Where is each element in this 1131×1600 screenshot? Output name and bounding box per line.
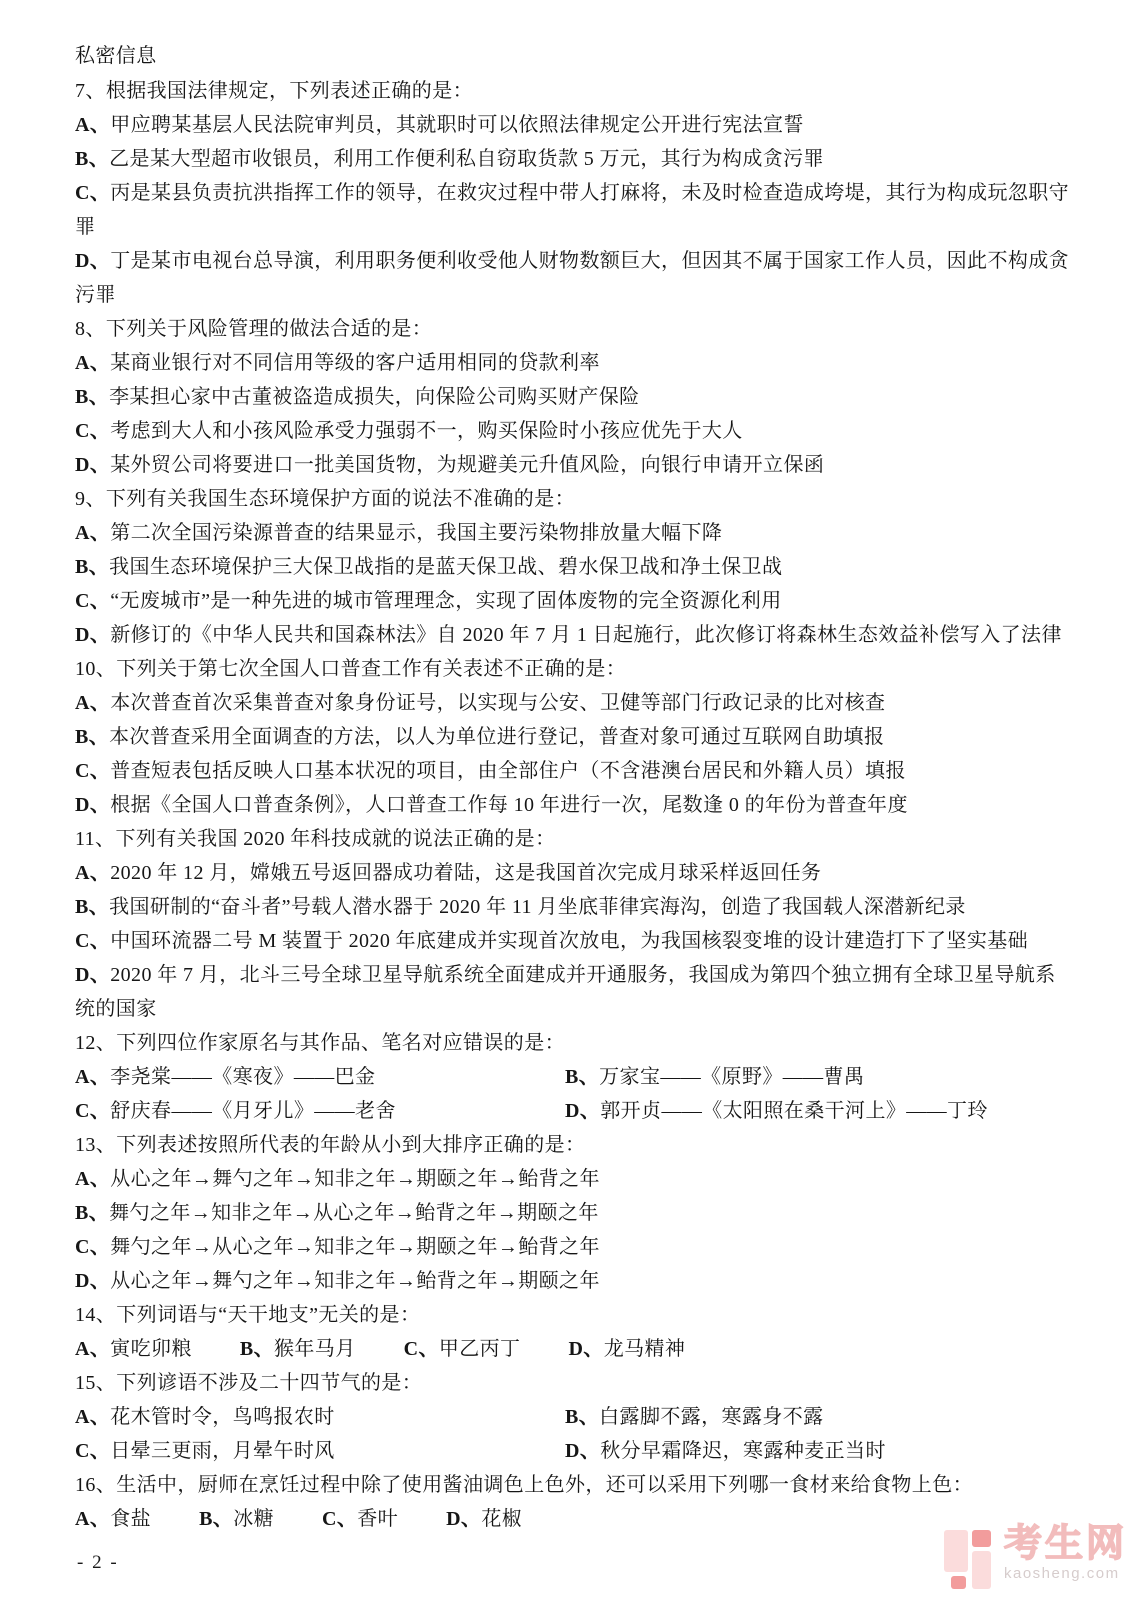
option-text: 花木管时令，鸟鸣报农时 bbox=[110, 1406, 334, 1428]
option-B: B、李某担心家中古董被盗造成损失，向保险公司购买财产保险 bbox=[75, 386, 640, 408]
option-text: 某商业银行对不同信用等级的客户适用相同的贷款利率 bbox=[110, 352, 600, 374]
questions-container: 7、根据我国法律规定，下列表述正确的是：A、甲应聘某基层人民法院审判员，其就职时… bbox=[75, 74, 1075, 1536]
option-label: A、 bbox=[75, 1338, 110, 1360]
option-text: 日晕三更雨，月晕午时风 bbox=[110, 1440, 334, 1462]
option-text: 乙是某大型超市收银员，利用工作便利私自窃取货款 5 万元，其行为构成贪污罪 bbox=[109, 148, 824, 170]
option-text: 郭开贞——《太阳照在桑干河上》——丁玲 bbox=[600, 1100, 988, 1122]
logo-block-light-right bbox=[972, 1551, 991, 1589]
option-label: C、 bbox=[322, 1508, 357, 1530]
confidential-label: 私密信息 bbox=[75, 38, 1075, 74]
exam-page: 私密信息 7、根据我国法律规定，下列表述正确的是：A、甲应聘某基层人民法院审判员… bbox=[0, 0, 1131, 1600]
question-stem-text: 下列词语与“天干地支”无关的是： bbox=[116, 1304, 420, 1326]
option-B: B、白露脚不露，寒露身不露 bbox=[565, 1400, 824, 1434]
option-line: D、2020 年 7 月，北斗三号全球卫星导航系统全面建成并开通服务，我国成为第… bbox=[75, 958, 1075, 1026]
option-A: A、从心之年→舞勺之年→知非之年→期颐之年→鲐背之年 bbox=[75, 1168, 600, 1190]
option-text: 舞勺之年→知非之年→从心之年→鲐背之年→期颐之年 bbox=[109, 1202, 599, 1224]
question-stem-text: 下列表述按照所代表的年龄从小到大排序正确的是： bbox=[116, 1134, 585, 1156]
option-text: 新修订的《中华人民共和国森林法》自 2020 年 7 月 1 日起施行，此次修订… bbox=[110, 624, 1062, 646]
question-stem: 14、下列词语与“天干地支”无关的是： bbox=[75, 1298, 1075, 1332]
option-B: B、猴年马月 bbox=[240, 1338, 356, 1360]
option-line: B、我国研制的“奋斗者”号载人潜水器于 2020 年 11 月坐底菲律宾海沟，创… bbox=[75, 890, 1075, 924]
option-label: C、 bbox=[75, 1236, 110, 1258]
question-number: 8、 bbox=[75, 318, 106, 340]
option-label: B、 bbox=[75, 1202, 109, 1224]
option-D: D、龙马精神 bbox=[568, 1338, 685, 1360]
option-text: 中国环流器二号 M 装置于 2020 年底建成并实现首次放电，为我国核裂变堆的设… bbox=[110, 930, 1028, 952]
option-line: B、我国生态环境保护三大保卫战指的是蓝天保卫战、碧水保卫战和净土保卫战 bbox=[75, 550, 1075, 584]
option-text: 丁是某市电视台总导演，利用职务便利收受他人财物数额巨大，但因其不属于国家工作人员… bbox=[75, 250, 1069, 306]
option-label: D、 bbox=[565, 1100, 600, 1122]
option-text: 秋分早霜降迟，寒露种麦正当时 bbox=[600, 1440, 886, 1462]
option-label: D、 bbox=[75, 964, 110, 986]
option-B: B、乙是某大型超市收银员，利用工作便利私自窃取货款 5 万元，其行为构成贪污罪 bbox=[75, 148, 824, 170]
option-D: D、郭开贞——《太阳照在桑干河上》——丁玲 bbox=[565, 1094, 988, 1128]
option-text: 普查短表包括反映人口基本状况的项目，由全部住户（不含港澳台居民和外籍人员）填报 bbox=[110, 760, 906, 782]
option-B: B、我国研制的“奋斗者”号载人潜水器于 2020 年 11 月坐底菲律宾海沟，创… bbox=[75, 896, 966, 918]
option-line: D、根据《全国人口普查条例》，人口普查工作每 10 年进行一次，尾数逢 0 的年… bbox=[75, 788, 1075, 822]
option-line: A、某商业银行对不同信用等级的客户适用相同的贷款利率 bbox=[75, 346, 1075, 380]
option-D: D、某外贸公司将要进口一批美国货物，为规避美元升值风险，向银行申请开立保函 bbox=[75, 454, 824, 476]
option-text: 万家宝——《原野》——曹禺 bbox=[599, 1066, 864, 1088]
option-line: D、从心之年→舞勺之年→知非之年→鲐背之年→期颐之年 bbox=[75, 1264, 1075, 1298]
option-text: 某外贸公司将要进口一批美国货物，为规避美元升值风险，向银行申请开立保函 bbox=[110, 454, 824, 476]
option-text: 李某担心家中古董被盗造成损失，向保险公司购买财产保险 bbox=[109, 386, 639, 408]
question-10: 10、下列关于第七次全国人口普查工作有关表述不正确的是：A、本次普查首次采集普查… bbox=[75, 652, 1075, 822]
option-label: A、 bbox=[75, 692, 110, 714]
option-line: A、甲应聘某基层人民法院审判员，其就职时可以依照法律规定公开进行宪法宣誓 bbox=[75, 108, 1075, 142]
option-D: D、新修订的《中华人民共和国森林法》自 2020 年 7 月 1 日起施行，此次… bbox=[75, 624, 1062, 646]
option-text: 2020 年 7 月，北斗三号全球卫星导航系统全面建成并开通服务，我国成为第四个… bbox=[75, 964, 1056, 1020]
brand-name: 考生网 bbox=[1004, 1524, 1127, 1564]
option-pair-row: C、日晕三更雨，月晕午时风D、秋分早霜降迟，寒露种麦正当时 bbox=[75, 1434, 1075, 1468]
question-16: 16、生活中，厨师在烹饪过程中除了使用酱油调色上色外，还可以采用下列哪一食材来给… bbox=[75, 1468, 1075, 1536]
option-row: A、寅吃卯粮B、猴年马月C、甲乙丙丁D、龙马精神 bbox=[75, 1332, 1075, 1366]
option-label: D、 bbox=[75, 1270, 110, 1292]
option-C: C、香叶 bbox=[322, 1508, 398, 1530]
option-text: 龙马精神 bbox=[604, 1338, 686, 1360]
question-number: 13、 bbox=[75, 1134, 116, 1156]
option-C: C、“无废城市”是一种先进的城市管理理念，实现了固体废物的完全资源化利用 bbox=[75, 590, 782, 612]
question-stem-text: 下列有关我国生态环境保护方面的说法不准确的是： bbox=[106, 488, 575, 510]
option-C: C、考虑到大人和小孩风险承受力强弱不一，购买保险时小孩应优先于大人 bbox=[75, 420, 743, 442]
question-12: 12、下列四位作家原名与其作品、笔名对应错误的是：A、李尧棠——《寒夜》——巴金… bbox=[75, 1026, 1075, 1128]
option-text: 我国生态环境保护三大保卫战指的是蓝天保卫战、碧水保卫战和净土保卫战 bbox=[109, 556, 782, 578]
option-line: B、舞勺之年→知非之年→从心之年→鲐背之年→期颐之年 bbox=[75, 1196, 1075, 1230]
option-text: 我国研制的“奋斗者”号载人潜水器于 2020 年 11 月坐底菲律宾海沟，创造了… bbox=[109, 896, 966, 918]
option-line: B、本次普查采用全面调查的方法，以人为单位进行登记，普查对象可通过互联网自助填报 bbox=[75, 720, 1075, 754]
question-stem-text: 生活中，厨师在烹饪过程中除了使用酱油调色上色外，还可以采用下列哪一食材来给食物上… bbox=[116, 1474, 973, 1496]
option-A: A、第二次全国污染源普查的结果显示，我国主要污染物排放量大幅下降 bbox=[75, 522, 722, 544]
option-label: B、 bbox=[565, 1066, 599, 1088]
option-line: B、李某担心家中古董被盗造成损失，向保险公司购买财产保险 bbox=[75, 380, 1075, 414]
question-11: 11、下列有关我国 2020 年科技成就的说法正确的是：A、2020 年 12 … bbox=[75, 822, 1075, 1026]
option-label: C、 bbox=[75, 182, 110, 204]
option-label: A、 bbox=[75, 1406, 110, 1428]
brand-domain: kaosheng.com bbox=[1004, 1564, 1127, 1584]
kaosheng-logo-icon bbox=[942, 1524, 1000, 1590]
option-B: B、万家宝——《原野》——曹禺 bbox=[565, 1060, 864, 1094]
option-line: B、乙是某大型超市收银员，利用工作便利私自窃取货款 5 万元，其行为构成贪污罪 bbox=[75, 142, 1075, 176]
question-stem-text: 根据我国法律规定，下列表述正确的是： bbox=[106, 80, 473, 102]
option-text: 本次普查采用全面调查的方法，以人为单位进行登记，普查对象可通过互联网自助填报 bbox=[109, 726, 884, 748]
option-label: A、 bbox=[75, 862, 110, 884]
question-7: 7、根据我国法律规定，下列表述正确的是：A、甲应聘某基层人民法院审判员，其就职时… bbox=[75, 74, 1075, 312]
option-label: A、 bbox=[75, 114, 110, 136]
option-text: 从心之年→舞勺之年→知非之年→期颐之年→鲐背之年 bbox=[110, 1168, 600, 1190]
option-pair-row: A、李尧棠——《寒夜》——巴金B、万家宝——《原野》——曹禺 bbox=[75, 1060, 1075, 1094]
option-C: C、舞勺之年→从心之年→知非之年→期颐之年→鲐背之年 bbox=[75, 1236, 600, 1258]
option-label: B、 bbox=[75, 148, 109, 170]
question-number: 11、 bbox=[75, 828, 115, 850]
option-label: D、 bbox=[565, 1440, 600, 1462]
option-label: C、 bbox=[75, 1100, 110, 1122]
option-text: 寅吃卯粮 bbox=[110, 1338, 192, 1360]
option-label: B、 bbox=[75, 726, 109, 748]
option-A: A、2020 年 12 月，嫦娥五号返回器成功着陆，这是我国首次完成月球采样返回… bbox=[75, 862, 821, 884]
option-D: D、根据《全国人口普查条例》，人口普查工作每 10 年进行一次，尾数逢 0 的年… bbox=[75, 794, 908, 816]
option-C: C、普查短表包括反映人口基本状况的项目，由全部住户（不含港澳台居民和外籍人员）填… bbox=[75, 760, 906, 782]
logo-block-light-tall bbox=[944, 1530, 968, 1572]
option-label: D、 bbox=[75, 454, 110, 476]
option-label: B、 bbox=[75, 556, 109, 578]
option-D: D、从心之年→舞勺之年→知非之年→鲐背之年→期颐之年 bbox=[75, 1270, 600, 1292]
option-label: C、 bbox=[75, 590, 110, 612]
question-15: 15、下列谚语不涉及二十四节气的是：A、花木管时令，鸟鸣报农时B、白露脚不露，寒… bbox=[75, 1366, 1075, 1468]
option-D: D、秋分早霜降迟，寒露种麦正当时 bbox=[565, 1434, 886, 1468]
option-text: 食盐 bbox=[110, 1508, 151, 1530]
option-line: A、2020 年 12 月，嫦娥五号返回器成功着陆，这是我国首次完成月球采样返回… bbox=[75, 856, 1075, 890]
option-text: 舞勺之年→从心之年→知非之年→期颐之年→鲐背之年 bbox=[110, 1236, 600, 1258]
option-pair-row: C、舒庆春——《月牙儿》——老舍D、郭开贞——《太阳照在桑干河上》——丁玲 bbox=[75, 1094, 1075, 1128]
option-D: D、花椒 bbox=[446, 1508, 522, 1530]
option-label: A、 bbox=[75, 352, 110, 374]
option-text: 2020 年 12 月，嫦娥五号返回器成功着陆，这是我国首次完成月球采样返回任务 bbox=[110, 862, 821, 884]
logo-block-dark-bottom bbox=[951, 1576, 966, 1589]
question-number: 15、 bbox=[75, 1372, 116, 1394]
option-text: 冰糖 bbox=[233, 1508, 274, 1530]
option-text: 李尧棠——《寒夜》——巴金 bbox=[110, 1066, 375, 1088]
option-D: D、2020 年 7 月，北斗三号全球卫星导航系统全面建成并开通服务，我国成为第… bbox=[75, 964, 1056, 1020]
option-label: A、 bbox=[75, 1066, 110, 1088]
question-stem: 8、下列关于风险管理的做法合适的是： bbox=[75, 312, 1075, 346]
question-stem-text: 下列有关我国 2020 年科技成就的说法正确的是： bbox=[115, 828, 555, 850]
option-text: 香叶 bbox=[357, 1508, 398, 1530]
option-line: D、丁是某市电视台总导演，利用职务便利收受他人财物数额巨大，但因其不属于国家工作… bbox=[75, 244, 1075, 312]
question-stem: 16、生活中，厨师在烹饪过程中除了使用酱油调色上色外，还可以采用下列哪一食材来给… bbox=[75, 1468, 1075, 1502]
question-stem-text: 下列四位作家原名与其作品、笔名对应错误的是： bbox=[116, 1032, 565, 1054]
option-text: 舒庆春——《月牙儿》——老舍 bbox=[110, 1100, 396, 1122]
option-label: D、 bbox=[446, 1508, 481, 1530]
option-label: D、 bbox=[75, 250, 110, 272]
option-label: B、 bbox=[75, 386, 109, 408]
kaosheng-watermark: 考生网 kaosheng.com bbox=[942, 1524, 1127, 1590]
question-stem: 10、下列关于第七次全国人口普查工作有关表述不正确的是： bbox=[75, 652, 1075, 686]
option-line: D、新修订的《中华人民共和国森林法》自 2020 年 7 月 1 日起施行，此次… bbox=[75, 618, 1075, 652]
exam-content: 私密信息 7、根据我国法律规定，下列表述正确的是：A、甲应聘某基层人民法院审判员… bbox=[75, 38, 1075, 1536]
option-text: 猴年马月 bbox=[274, 1338, 356, 1360]
option-label: D、 bbox=[75, 624, 110, 646]
question-stem: 13、下列表述按照所代表的年龄从小到大排序正确的是： bbox=[75, 1128, 1075, 1162]
option-B: B、舞勺之年→知非之年→从心之年→鲐背之年→期颐之年 bbox=[75, 1202, 599, 1224]
option-text: 从心之年→舞勺之年→知非之年→鲐背之年→期颐之年 bbox=[110, 1270, 600, 1292]
question-stem: 9、下列有关我国生态环境保护方面的说法不准确的是： bbox=[75, 482, 1075, 516]
option-text: 白露脚不露，寒露身不露 bbox=[599, 1406, 823, 1428]
option-text: 本次普查首次采集普查对象身份证号，以实现与公安、卫健等部门行政记录的比对核查 bbox=[110, 692, 885, 714]
question-number: 14、 bbox=[75, 1304, 116, 1326]
option-label: B、 bbox=[565, 1406, 599, 1428]
option-C: C、日晕三更雨，月晕午时风 bbox=[75, 1434, 565, 1468]
option-label: C、 bbox=[75, 930, 110, 952]
option-D: D、丁是某市电视台总导演，利用职务便利收受他人财物数额巨大，但因其不属于国家工作… bbox=[75, 250, 1069, 306]
option-A: A、甲应聘某基层人民法院审判员，其就职时可以依照法律规定公开进行宪法宣誓 bbox=[75, 114, 804, 136]
question-13: 13、下列表述按照所代表的年龄从小到大排序正确的是：A、从心之年→舞勺之年→知非… bbox=[75, 1128, 1075, 1298]
option-line: A、第二次全国污染源普查的结果显示，我国主要污染物排放量大幅下降 bbox=[75, 516, 1075, 550]
option-text: 甲应聘某基层人民法院审判员，其就职时可以依照法律规定公开进行宪法宣誓 bbox=[110, 114, 804, 136]
question-number: 10、 bbox=[75, 658, 116, 680]
option-label: B、 bbox=[199, 1508, 233, 1530]
question-stem-text: 下列关于第七次全国人口普查工作有关表述不正确的是： bbox=[116, 658, 626, 680]
question-number: 12、 bbox=[75, 1032, 116, 1054]
option-label: C、 bbox=[75, 1440, 110, 1462]
option-label: A、 bbox=[75, 1508, 110, 1530]
option-pair-row: A、花木管时令，鸟鸣报农时B、白露脚不露，寒露身不露 bbox=[75, 1400, 1075, 1434]
option-line: C、“无废城市”是一种先进的城市管理理念，实现了固体废物的完全资源化利用 bbox=[75, 584, 1075, 618]
option-A: A、李尧棠——《寒夜》——巴金 bbox=[75, 1060, 565, 1094]
question-stem-text: 下列谚语不涉及二十四节气的是： bbox=[116, 1372, 422, 1394]
question-stem-text: 下列关于风险管理的做法合适的是： bbox=[106, 318, 432, 340]
option-text: 根据《全国人口普查条例》，人口普查工作每 10 年进行一次，尾数逢 0 的年份为… bbox=[110, 794, 908, 816]
option-C: C、舒庆春——《月牙儿》——老舍 bbox=[75, 1094, 565, 1128]
question-stem: 12、下列四位作家原名与其作品、笔名对应错误的是： bbox=[75, 1026, 1075, 1060]
page-number: - 2 - bbox=[77, 1552, 119, 1574]
option-A: A、食盐 bbox=[75, 1508, 151, 1530]
option-label: C、 bbox=[75, 420, 110, 442]
option-B: B、我国生态环境保护三大保卫战指的是蓝天保卫战、碧水保卫战和净土保卫战 bbox=[75, 556, 782, 578]
question-number: 16、 bbox=[75, 1474, 116, 1496]
option-A: A、花木管时令，鸟鸣报农时 bbox=[75, 1400, 565, 1434]
question-number: 9、 bbox=[75, 488, 106, 510]
option-A: A、寅吃卯粮 bbox=[75, 1338, 192, 1360]
logo-block-dark-top bbox=[972, 1530, 991, 1547]
option-text: 甲乙丙丁 bbox=[439, 1338, 521, 1360]
question-number: 7、 bbox=[75, 80, 106, 102]
option-label: A、 bbox=[75, 1168, 110, 1190]
question-stem: 15、下列谚语不涉及二十四节气的是： bbox=[75, 1366, 1075, 1400]
option-B: B、冰糖 bbox=[199, 1508, 274, 1530]
option-line: D、某外贸公司将要进口一批美国货物，为规避美元升值风险，向银行申请开立保函 bbox=[75, 448, 1075, 482]
option-C: C、甲乙丙丁 bbox=[404, 1338, 521, 1360]
option-row: A、食盐B、冰糖C、香叶D、花椒 bbox=[75, 1502, 1075, 1536]
option-line: A、本次普查首次采集普查对象身份证号，以实现与公安、卫健等部门行政记录的比对核查 bbox=[75, 686, 1075, 720]
option-line: C、普查短表包括反映人口基本状况的项目，由全部住户（不含港澳台居民和外籍人员）填… bbox=[75, 754, 1075, 788]
option-text: 考虑到大人和小孩风险承受力强弱不一，购买保险时小孩应优先于大人 bbox=[110, 420, 742, 442]
question-stem: 7、根据我国法律规定，下列表述正确的是： bbox=[75, 74, 1075, 108]
option-C: C、丙是某县负责抗洪指挥工作的领导，在救灾过程中带人打麻将，未及时检查造成垮堤，… bbox=[75, 182, 1069, 238]
option-B: B、本次普查采用全面调查的方法，以人为单位进行登记，普查对象可通过互联网自助填报 bbox=[75, 726, 884, 748]
option-A: A、某商业银行对不同信用等级的客户适用相同的贷款利率 bbox=[75, 352, 600, 374]
option-label: C、 bbox=[404, 1338, 439, 1360]
option-label: D、 bbox=[75, 794, 110, 816]
option-label: B、 bbox=[75, 896, 109, 918]
option-text: “无废城市”是一种先进的城市管理理念，实现了固体废物的完全资源化利用 bbox=[110, 590, 781, 612]
option-text: 第二次全国污染源普查的结果显示，我国主要污染物排放量大幅下降 bbox=[110, 522, 722, 544]
option-line: C、考虑到大人和小孩风险承受力强弱不一，购买保险时小孩应优先于大人 bbox=[75, 414, 1075, 448]
option-label: C、 bbox=[75, 760, 110, 782]
option-C: C、中国环流器二号 M 装置于 2020 年底建成并实现首次放电，为我国核裂变堆… bbox=[75, 930, 1028, 952]
option-line: A、从心之年→舞勺之年→知非之年→期颐之年→鲐背之年 bbox=[75, 1162, 1075, 1196]
option-label: A、 bbox=[75, 522, 110, 544]
option-line: C、中国环流器二号 M 装置于 2020 年底建成并实现首次放电，为我国核裂变堆… bbox=[75, 924, 1075, 958]
option-line: C、丙是某县负责抗洪指挥工作的领导，在救灾过程中带人打麻将，未及时检查造成垮堤，… bbox=[75, 176, 1075, 244]
question-14: 14、下列词语与“天干地支”无关的是：A、寅吃卯粮B、猴年马月C、甲乙丙丁D、龙… bbox=[75, 1298, 1075, 1366]
question-stem: 11、下列有关我国 2020 年科技成就的说法正确的是： bbox=[75, 822, 1075, 856]
option-label: B、 bbox=[240, 1338, 274, 1360]
option-label: D、 bbox=[568, 1338, 603, 1360]
question-9: 9、下列有关我国生态环境保护方面的说法不准确的是：A、第二次全国污染源普查的结果… bbox=[75, 482, 1075, 652]
logo-text: 考生网 kaosheng.com bbox=[1000, 1524, 1127, 1584]
option-text: 丙是某县负责抗洪指挥工作的领导，在救灾过程中带人打麻将，未及时检查造成垮堤，其行… bbox=[75, 182, 1069, 238]
option-line: C、舞勺之年→从心之年→知非之年→期颐之年→鲐背之年 bbox=[75, 1230, 1075, 1264]
option-text: 花椒 bbox=[481, 1508, 522, 1530]
option-A: A、本次普查首次采集普查对象身份证号，以实现与公安、卫健等部门行政记录的比对核查 bbox=[75, 692, 885, 714]
question-8: 8、下列关于风险管理的做法合适的是：A、某商业银行对不同信用等级的客户适用相同的… bbox=[75, 312, 1075, 482]
